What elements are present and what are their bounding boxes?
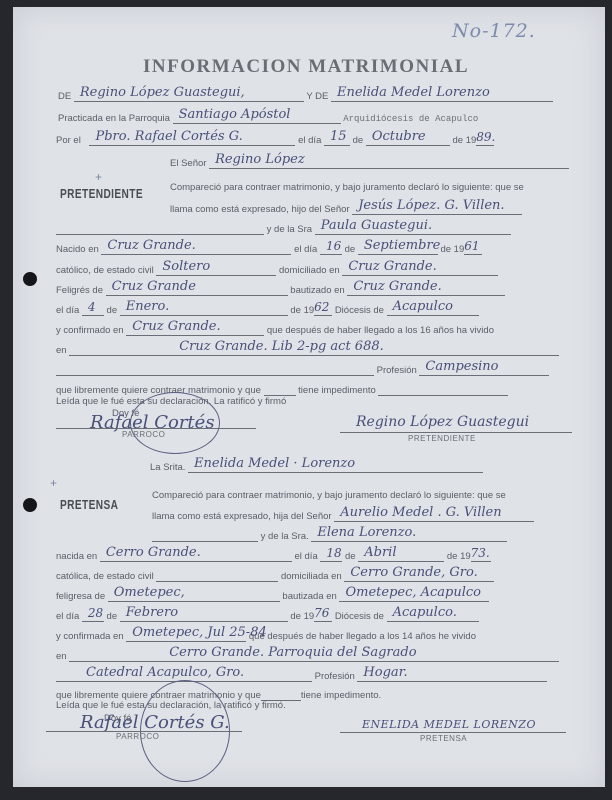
civil-status-field xyxy=(156,567,278,582)
baptism-day-field: 4 xyxy=(82,301,104,316)
estado-civil-row: católica, de estado civil domiciliada en… xyxy=(56,567,494,582)
groom-name-field: Regino López Guastegui, xyxy=(74,87,304,102)
baptism-day-field: 28 xyxy=(82,607,104,622)
bautismo-fecha-row: el día 4 de Enero. de 1962 Diócesis de A… xyxy=(56,301,479,316)
baptism-year-field: 62 xyxy=(314,301,332,316)
pretendiente-label: PRETENDIENTE xyxy=(408,434,476,443)
confirmada-row: y confirmada en Ometepec, Jul 25-84 que … xyxy=(56,627,476,642)
bride-name-field: Enelida Medel Lorenzo xyxy=(331,87,553,102)
baptism-month-field: Febrero xyxy=(120,607,288,622)
parish-seal xyxy=(130,392,220,454)
father-field: Jesús López. G. Villen. xyxy=(352,200,522,215)
cross-mark: + xyxy=(95,170,102,184)
birth-year-field: 73. xyxy=(471,547,491,562)
priest-field: Pbro. Rafael Cortés G. xyxy=(89,131,295,146)
baptism-month-field: Enero. xyxy=(120,301,288,316)
padre-row: llama como está expresado, hija del Seño… xyxy=(152,507,534,522)
madre-row: y de la Sra. Elena Lorenzo. xyxy=(152,527,507,542)
por-el-row: Por el Pbro. Rafael Cortés G. el día 15 … xyxy=(56,131,494,146)
parroco-label: PARROCO xyxy=(122,430,165,439)
baptized-field: Cruz Grande. xyxy=(347,281,505,296)
madre-row: y de la Sra Paula Guastegui. xyxy=(56,220,511,235)
birthplace-field: Cruz Grande. xyxy=(101,240,291,255)
birth-month-field: Septiembre xyxy=(358,240,438,255)
father-field: Aurelio Medel . G. Villen xyxy=(334,507,534,522)
declaration-text: Compareció para contraer matrimonio, y b… xyxy=(152,490,506,501)
vivido-row: en Cerro Grande. Parroquia del Sagrado xyxy=(56,647,559,662)
vivido-row: en Cruz Grande. Lib 2-pg act 688. xyxy=(56,341,559,356)
confirmado-row: y confirmado en Cruz Grande. que después… xyxy=(56,321,494,336)
parroquia-row: Practicada en la Parroquia Santiago Após… xyxy=(58,109,478,124)
mother-field: Elena Lorenzo. xyxy=(311,527,507,542)
bautismo-fecha-row: el día 28 de Febrero de 1976 Diócesis de… xyxy=(56,607,479,622)
parishioner-field: Ometepec, xyxy=(108,587,280,602)
cross-mark: + xyxy=(50,476,57,490)
la-srita-field: Enelida Medel · Lorenzo xyxy=(188,458,483,473)
lived-in-field: Cerro Grande. Parroquia del Sagrado xyxy=(69,647,559,662)
confirmation-field: Cruz Grande. xyxy=(126,321,264,336)
parroquia-field: Santiago Apóstol xyxy=(173,109,341,124)
year-field: 89. xyxy=(476,131,494,146)
day-field: 15 xyxy=(324,131,350,146)
birthplace-field: Cerro Grande. xyxy=(100,547,292,562)
punch-hole xyxy=(23,498,37,512)
diocese-field: Acapulco xyxy=(387,301,479,316)
birth-day-field: 18 xyxy=(320,547,342,562)
el-senor-row: El Señor Regino López xyxy=(170,154,569,169)
document-title: INFORMACION MATRIMONIAL xyxy=(0,56,612,78)
residence-field: Cruz Grande. xyxy=(342,261,498,276)
profession-field: Hogar. xyxy=(357,667,547,682)
groom-signature: Regino López Guastegui xyxy=(356,414,529,430)
profession-field: Campesino xyxy=(419,361,549,376)
estado-civil-row: católico, de estado civil Soltero domici… xyxy=(56,261,498,276)
declaration-text: Compareció para contraer matrimonio, y b… xyxy=(170,182,524,193)
padre-row: llama como está expresado, hijo del Seño… xyxy=(170,200,522,215)
section-pretendiente: PRETENDIENTE xyxy=(60,186,143,201)
bride-signature: ENELIDA MEDEL LORENZO xyxy=(362,718,536,731)
document-number: No-172. xyxy=(452,20,536,42)
baptism-year-field: 76 xyxy=(314,607,332,622)
mother-field: Paula Guastegui. xyxy=(315,220,511,235)
month-field: Octubre xyxy=(366,131,450,146)
birth-day-field: 16 xyxy=(320,240,342,255)
residence-field: Cerro Grande, Gro. xyxy=(344,567,494,582)
profesion-row: Profesión Campesino xyxy=(56,361,549,376)
parroco-label: PARROCO xyxy=(116,732,159,741)
feligres-row: Feligrés de Cruz Grande bautizado en Cru… xyxy=(56,281,505,296)
diocese-field: Acapulco. xyxy=(387,607,479,622)
lived-in-field: Cruz Grande. Lib 2-pg act 688. xyxy=(69,341,559,356)
punch-hole xyxy=(23,272,37,286)
profesion-row: Catedral Acapulco, Gro. Profesión Hogar. xyxy=(56,667,547,682)
header-names-row: DE Regino López Guastegui, Y DE Enelida … xyxy=(58,87,553,102)
la-srita-row: La Srita. Enelida Medel · Lorenzo xyxy=(150,458,483,473)
confirmation-field: Ometepec, Jul 25-84 xyxy=(126,627,246,642)
impedimento-row: que libremente quiere contraer matrimoni… xyxy=(56,381,508,396)
civil-status-field: Soltero xyxy=(156,261,276,276)
birth-year-field: 61 xyxy=(464,240,482,255)
birth-month-field: Abril xyxy=(358,547,444,562)
pretensa-label: PRETENSA xyxy=(420,734,467,743)
nacido-row: Nacido en Cruz Grande. el día 16 de Sept… xyxy=(56,240,482,255)
section-pretensa: PRETENSA xyxy=(60,497,118,512)
baptized-field: Ometepec, Acapulco xyxy=(339,587,489,602)
parishioner-field: Cruz Grande xyxy=(106,281,288,296)
el-senor-field: Regino López xyxy=(209,154,569,169)
feligresa-row: feligresa de Ometepec, bautizada en Omet… xyxy=(56,587,489,602)
nacida-row: nacida en Cerro Grande. el día 18 de Abr… xyxy=(56,547,491,562)
